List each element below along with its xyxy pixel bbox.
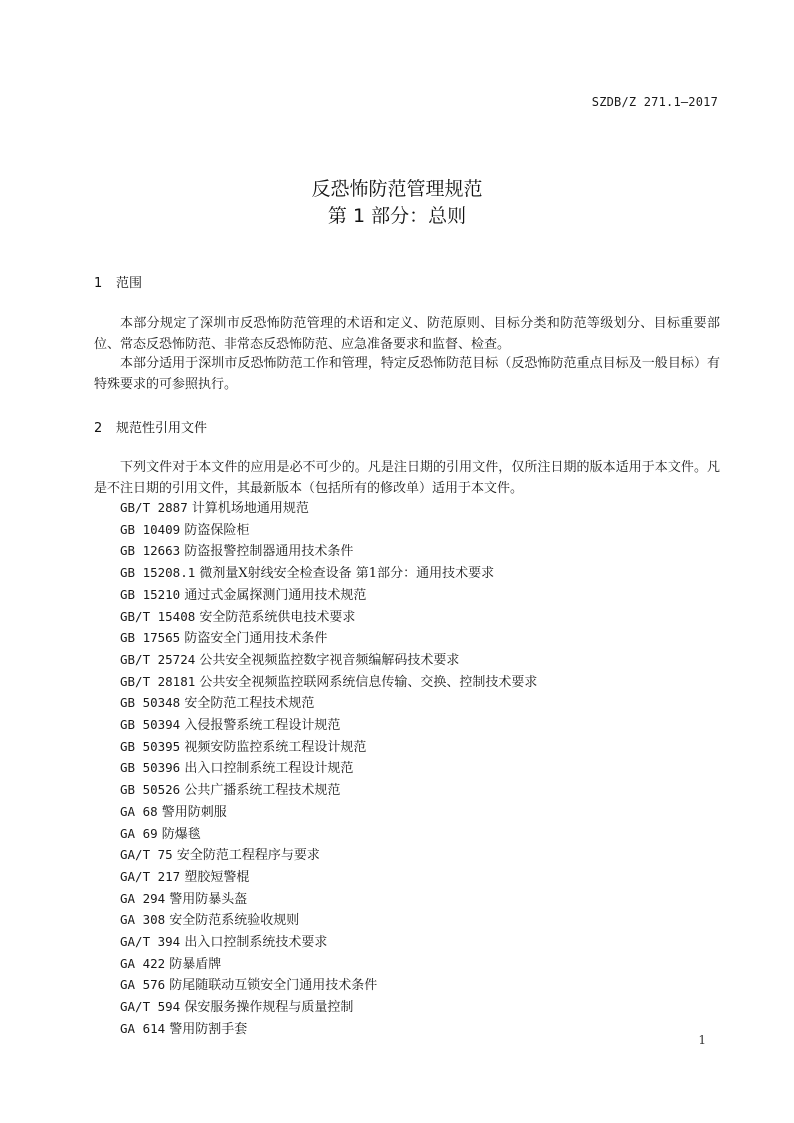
reference-item: GB/T 28181 公共安全视频监控联网系统信息传输、交换、控制技术要求 xyxy=(120,672,537,694)
reference-code: GA/T 594 xyxy=(120,999,180,1014)
reference-code: GA 576 xyxy=(120,977,165,992)
reference-code: GB 50394 xyxy=(120,717,180,732)
reference-item: GB 15210 通过式金属探测门通用技术规范 xyxy=(120,585,537,607)
reference-item: GA 308 安全防范系统验收规则 xyxy=(120,910,537,932)
reference-title: 视频安防监控系统工程设计规范 xyxy=(184,740,366,755)
reference-item: GB 50396 出入口控制系统工程设计规范 xyxy=(120,758,537,780)
reference-item: GB/T 2887 计算机场地通用规范 xyxy=(120,498,537,520)
reference-item: GB 50395 视频安防监控系统工程设计规范 xyxy=(120,737,537,759)
reference-title: 防爆毯 xyxy=(162,827,201,842)
reference-item: GA 69 防爆毯 xyxy=(120,824,537,846)
reference-title: 防盗安全门通用技术条件 xyxy=(184,631,327,646)
section-title: 范围 xyxy=(116,276,142,291)
reference-title: 通过式金属探测门通用技术规范 xyxy=(184,588,366,603)
reference-code: GB/T 2887 xyxy=(120,500,188,515)
reference-code: GA 68 xyxy=(120,804,158,819)
reference-title: 防暴盾牌 xyxy=(169,957,221,972)
title-part: 第 1 部分：总则 xyxy=(0,203,794,230)
reference-item: GA/T 394 出入口控制系统技术要求 xyxy=(120,932,537,954)
reference-item: GA 294 警用防暴头盔 xyxy=(120,889,537,911)
reference-title: 安全防范工程程序与要求 xyxy=(177,848,320,863)
standard-code: SZDB/Z 271.1—2017 xyxy=(592,95,718,109)
reference-item: GB/T 15408 安全防范系统供电技术要求 xyxy=(120,607,537,629)
reference-title: 公共安全视频监控数字视音频编解码技术要求 xyxy=(199,653,459,668)
reference-code: GA 614 xyxy=(120,1021,165,1036)
scope-paragraph-2: 本部分适用于深圳市反恐怖防范工作和管理，特定反恐怖防范目标（反恐怖防范重点目标及… xyxy=(94,353,720,395)
reference-code: GA/T 394 xyxy=(120,934,180,949)
reference-code: GB 50396 xyxy=(120,760,180,775)
reference-code: GB 50348 xyxy=(120,695,180,710)
reference-title: 塑胶短警棍 xyxy=(184,870,249,885)
reference-code: GA/T 217 xyxy=(120,869,180,884)
reference-item: GB/T 25724 公共安全视频监控数字视音频编解码技术要求 xyxy=(120,650,537,672)
reference-title: 保安服务操作规程与质量控制 xyxy=(184,1000,353,1015)
reference-code: GB 12663 xyxy=(120,543,180,558)
reference-title: 防盗报警控制器通用技术条件 xyxy=(184,544,353,559)
reference-code: GB/T 15408 xyxy=(120,609,195,624)
section-number: 2 xyxy=(94,421,116,436)
reference-title: 警用防割手套 xyxy=(169,1022,247,1037)
reference-item: GB 10409 防盗保险柜 xyxy=(120,520,537,542)
reference-code: GB 10409 xyxy=(120,522,180,537)
reference-title: 公共安全视频监控联网系统信息传输、交换、控制技术要求 xyxy=(199,675,537,690)
reference-code: GA 69 xyxy=(120,826,158,841)
scope-paragraph-1: 本部分规定了深圳市反恐怖防范管理的术语和定义、防范原则、目标分类和防范等级划分、… xyxy=(94,313,720,355)
section-number: 1 xyxy=(94,276,116,291)
section-heading-normative-references: 2规范性引用文件 xyxy=(94,417,207,436)
reference-item: GB 50394 入侵报警系统工程设计规范 xyxy=(120,715,537,737)
reference-title: 微剂量X射线安全检查设备 第1部分：通用技术要求 xyxy=(199,566,494,581)
section-title: 规范性引用文件 xyxy=(116,421,207,436)
reference-item: GA/T 594 保安服务操作规程与质量控制 xyxy=(120,997,537,1019)
reference-code: GB 50526 xyxy=(120,782,180,797)
reference-title: 安全防范工程技术规范 xyxy=(184,696,314,711)
reference-item: GA/T 75 安全防范工程程序与要求 xyxy=(120,845,537,867)
reference-item: GB 15208.1 微剂量X射线安全检查设备 第1部分：通用技术要求 xyxy=(120,563,537,585)
reference-item: GA 422 防暴盾牌 xyxy=(120,954,537,976)
reference-item: GA 576 防尾随联动互锁安全门通用技术条件 xyxy=(120,975,537,997)
title-main: 反恐怖防范管理规范 xyxy=(0,176,794,203)
reference-item: GB 12663 防盗报警控制器通用技术条件 xyxy=(120,541,537,563)
page-number: 1 xyxy=(698,1033,706,1047)
reference-code: GA 422 xyxy=(120,956,165,971)
reference-title: 出入口控制系统工程设计规范 xyxy=(184,761,353,776)
reference-title: 警用防暴头盔 xyxy=(169,892,247,907)
reference-code: GA/T 75 xyxy=(120,847,173,862)
reference-item: GB 50348 安全防范工程技术规范 xyxy=(120,693,537,715)
reference-item: GA/T 217 塑胶短警棍 xyxy=(120,867,537,889)
reference-code: GB 15208.1 xyxy=(120,565,195,580)
reference-item: GA 614 警用防割手套 xyxy=(120,1019,537,1041)
reference-list: GB/T 2887 计算机场地通用规范 GB 10409 防盗保险柜 GB 12… xyxy=(120,498,537,1041)
reference-title: 安全防范系统验收规则 xyxy=(169,913,299,928)
reference-title: 防尾随联动互锁安全门通用技术条件 xyxy=(169,978,377,993)
reference-title: 入侵报警系统工程设计规范 xyxy=(184,718,340,733)
reference-title: 出入口控制系统技术要求 xyxy=(184,935,327,950)
reference-code: GB/T 28181 xyxy=(120,674,195,689)
reference-item: GA 68 警用防刺服 xyxy=(120,802,537,824)
reference-title: 计算机场地通用规范 xyxy=(192,501,309,516)
section-heading-scope: 1范围 xyxy=(94,272,142,291)
reference-code: GA 308 xyxy=(120,912,165,927)
reference-code: GB 17565 xyxy=(120,630,180,645)
reference-title: 安全防范系统供电技术要求 xyxy=(199,610,355,625)
reference-code: GA 294 xyxy=(120,891,165,906)
reference-code: GB/T 25724 xyxy=(120,652,195,667)
reference-title: 警用防刺服 xyxy=(162,805,227,820)
reference-title: 防盗保险柜 xyxy=(184,523,249,538)
references-intro-paragraph: 下列文件对于本文件的应用是必不可少的。凡是注日期的引用文件，仅所注日期的版本适用… xyxy=(94,457,720,499)
reference-item: GB 50526 公共广播系统工程技术规范 xyxy=(120,780,537,802)
reference-code: GB 50395 xyxy=(120,739,180,754)
reference-code: GB 15210 xyxy=(120,587,180,602)
reference-item: GB 17565 防盗安全门通用技术条件 xyxy=(120,628,537,650)
document-title: 反恐怖防范管理规范 第 1 部分：总则 xyxy=(0,176,794,230)
reference-title: 公共广播系统工程技术规范 xyxy=(184,783,340,798)
